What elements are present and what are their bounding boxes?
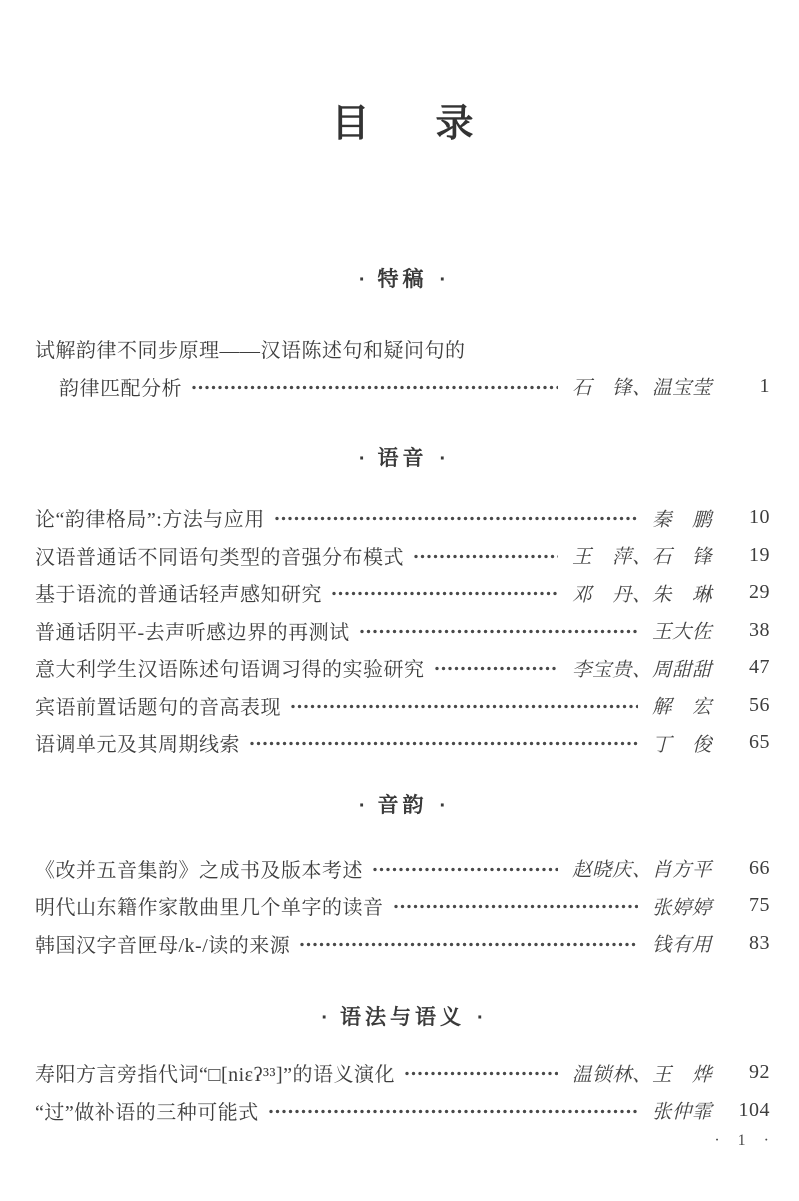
entry-page-number: 56 [728, 694, 770, 717]
toc-entry: 宾语前置话题句的音高表现解 宏56 [35, 687, 770, 725]
toc-entry: 韩国汉字音匣母/k-/读的来源钱有用83 [35, 925, 770, 963]
entry-page-number: 75 [728, 894, 770, 917]
toc-entry: 明代山东籍作家散曲里几个单字的读音张婷婷75 [35, 887, 770, 925]
entry-title: 寿阳方言旁指代词“□[niɛʔ³³]”的语义演化 [35, 1058, 395, 1087]
dot-leader [359, 622, 638, 641]
dot-leader [404, 1064, 558, 1083]
entry-list: 试解韵律不同步原理——汉语陈述句和疑问句的韵律匹配分析石 锋、温宝莹1 [35, 330, 770, 405]
entry-page-number: 83 [728, 932, 770, 955]
section-header: ·语法与语义· [35, 1004, 770, 1032]
section-dot: · [359, 792, 366, 820]
section-dot: · [321, 1004, 328, 1032]
section-label: 语法与语义 [340, 1004, 465, 1032]
entry-list: 《改并五音集韵》之成书及版本考述赵晓庆、肖方平66明代山东籍作家散曲里几个单字的… [35, 850, 770, 963]
entry-title: 韵律匹配分析 [59, 372, 182, 401]
entry-page-number: 1 [728, 375, 770, 398]
section-header: ·语音· [35, 445, 770, 473]
section-label: 音韵 [378, 792, 428, 820]
toc-entry: 普通话阴平-去声听感边界的再测试王大佐38 [35, 612, 770, 650]
toc-entry: 意大利学生汉语陈述句语调习得的实验研究李宝贵、周甜甜47 [35, 649, 770, 687]
dot-leader [274, 509, 638, 528]
toc-entry: 基于语流的普通话轻声感知研究邓 丹、朱 琳29 [35, 574, 770, 612]
entry-title: 《改并五音集韵》之成书及版本考述 [35, 854, 363, 883]
entry-authors: 秦 鹏 [652, 504, 712, 532]
page-title-char-right: 录 [436, 100, 474, 148]
toc-entry: 《改并五音集韵》之成书及版本考述赵晓庆、肖方平66 [35, 850, 770, 888]
entry-title: 明代山东籍作家散曲里几个单字的读音 [35, 891, 384, 920]
toc-entry: 寿阳方言旁指代词“□[niɛʔ³³]”的语义演化温锁林、王 烨92 [35, 1054, 770, 1092]
dot-leader [191, 378, 558, 397]
toc-section: ·特稿·试解韵律不同步原理——汉语陈述句和疑问句的韵律匹配分析石 锋、温宝莹1 [35, 266, 770, 405]
entry-title: 普通话阴平-去声听感边界的再测试 [35, 616, 350, 645]
entry-title: 汉语普通话不同语句类型的音强分布模式 [35, 541, 404, 570]
entry-page-number: 104 [728, 1099, 770, 1122]
dot-leader [413, 547, 558, 566]
dot-leader [393, 897, 638, 916]
section-header: ·音韵· [35, 792, 770, 820]
toc-section: ·语法与语义·寿阳方言旁指代词“□[niɛʔ³³]”的语义演化温锁林、王 烨92… [35, 1004, 770, 1129]
toc-section: ·语音·论“韵律格局”:方法与应用秦 鹏10汉语普通话不同语句类型的音强分布模式… [35, 445, 770, 762]
dot-leader [249, 734, 638, 753]
entry-page-number: 10 [728, 506, 770, 529]
dot-leader [434, 659, 558, 678]
entry-authors: 李宝贵、周甜甜 [572, 654, 712, 682]
footer-right-dot: · [764, 1132, 769, 1150]
entry-title: 宾语前置话题句的音高表现 [35, 691, 281, 720]
section-dot: · [440, 792, 447, 820]
entry-authors: 赵晓庆、肖方平 [572, 854, 712, 882]
toc-entry: 语调单元及其周期线索丁 俊65 [35, 724, 770, 762]
toc-entry: 韵律匹配分析石 锋、温宝莹1 [35, 368, 770, 406]
section-header: ·特稿· [35, 266, 770, 294]
section-dot: · [477, 1004, 484, 1032]
entry-page-number: 38 [728, 619, 770, 642]
entry-authors: 解 宏 [652, 691, 712, 719]
page-number-footer: · 1 · [714, 1132, 769, 1150]
section-dot: · [440, 445, 447, 473]
entry-authors: 张仲霏 [652, 1096, 712, 1124]
section-dot: · [440, 266, 447, 294]
entry-authors: 石 锋、温宝莹 [572, 372, 712, 400]
toc-entry: 论“韵律格局”:方法与应用秦 鹏10 [35, 499, 770, 537]
section-dot: · [359, 445, 366, 473]
entry-authors: 丁 俊 [652, 729, 712, 757]
section-dot: · [359, 266, 366, 294]
toc-page: 目 录 ·特稿·试解韵律不同步原理——汉语陈述句和疑问句的韵律匹配分析石 锋、温… [0, 0, 799, 1201]
entry-list: 论“韵律格局”:方法与应用秦 鹏10汉语普通话不同语句类型的音强分布模式王 萍、… [35, 499, 770, 762]
entry-page-number: 65 [728, 731, 770, 754]
toc-entry: 汉语普通话不同语句类型的音强分布模式王 萍、石 锋19 [35, 537, 770, 575]
dot-leader [299, 935, 638, 954]
entry-authors: 邓 丹、朱 琳 [572, 579, 712, 607]
entry-page-number: 92 [728, 1061, 770, 1084]
toc-entry: “过”做补语的三种可能式张仲霏104 [35, 1092, 770, 1130]
entry-page-number: 29 [728, 581, 770, 604]
entry-page-number: 19 [728, 544, 770, 567]
section-label: 特稿 [378, 266, 428, 294]
entry-title: 意大利学生汉语陈述句语调习得的实验研究 [35, 653, 425, 682]
entry-authors: 王大佐 [652, 616, 712, 644]
entry-title: 语调单元及其周期线索 [35, 728, 240, 757]
entry-authors: 钱有用 [652, 929, 712, 957]
entry-page-number: 66 [728, 857, 770, 880]
entry-title-line: 试解韵律不同步原理——汉语陈述句和疑问句的 [35, 330, 770, 368]
footer-page-number: 1 [738, 1132, 746, 1150]
entry-title: “过”做补语的三种可能式 [35, 1096, 259, 1125]
toc-sections: ·特稿·试解韵律不同步原理——汉语陈述句和疑问句的韵律匹配分析石 锋、温宝莹1·… [35, 266, 770, 1129]
entry-page-number: 47 [728, 656, 770, 679]
toc-section: ·音韵·《改并五音集韵》之成书及版本考述赵晓庆、肖方平66明代山东籍作家散曲里几… [35, 792, 770, 963]
footer-left-dot: · [714, 1132, 719, 1150]
entry-authors: 王 萍、石 锋 [572, 541, 712, 569]
page-title: 目 录 [35, 0, 770, 148]
section-label: 语音 [378, 445, 428, 473]
entry-authors: 温锁林、王 烨 [572, 1059, 712, 1087]
page-title-char-left: 目 [331, 100, 369, 148]
dot-leader [268, 1102, 638, 1121]
entry-title: 论“韵律格局”:方法与应用 [35, 503, 265, 532]
dot-leader [290, 697, 638, 716]
entry-title: 基于语流的普通话轻声感知研究 [35, 578, 322, 607]
dot-leader [372, 860, 558, 879]
dot-leader [331, 584, 558, 603]
entry-title: 韩国汉字音匣母/k-/读的来源 [35, 929, 290, 958]
entry-list: 寿阳方言旁指代词“□[niɛʔ³³]”的语义演化温锁林、王 烨92“过”做补语的… [35, 1054, 770, 1129]
entry-authors: 张婷婷 [652, 892, 712, 920]
